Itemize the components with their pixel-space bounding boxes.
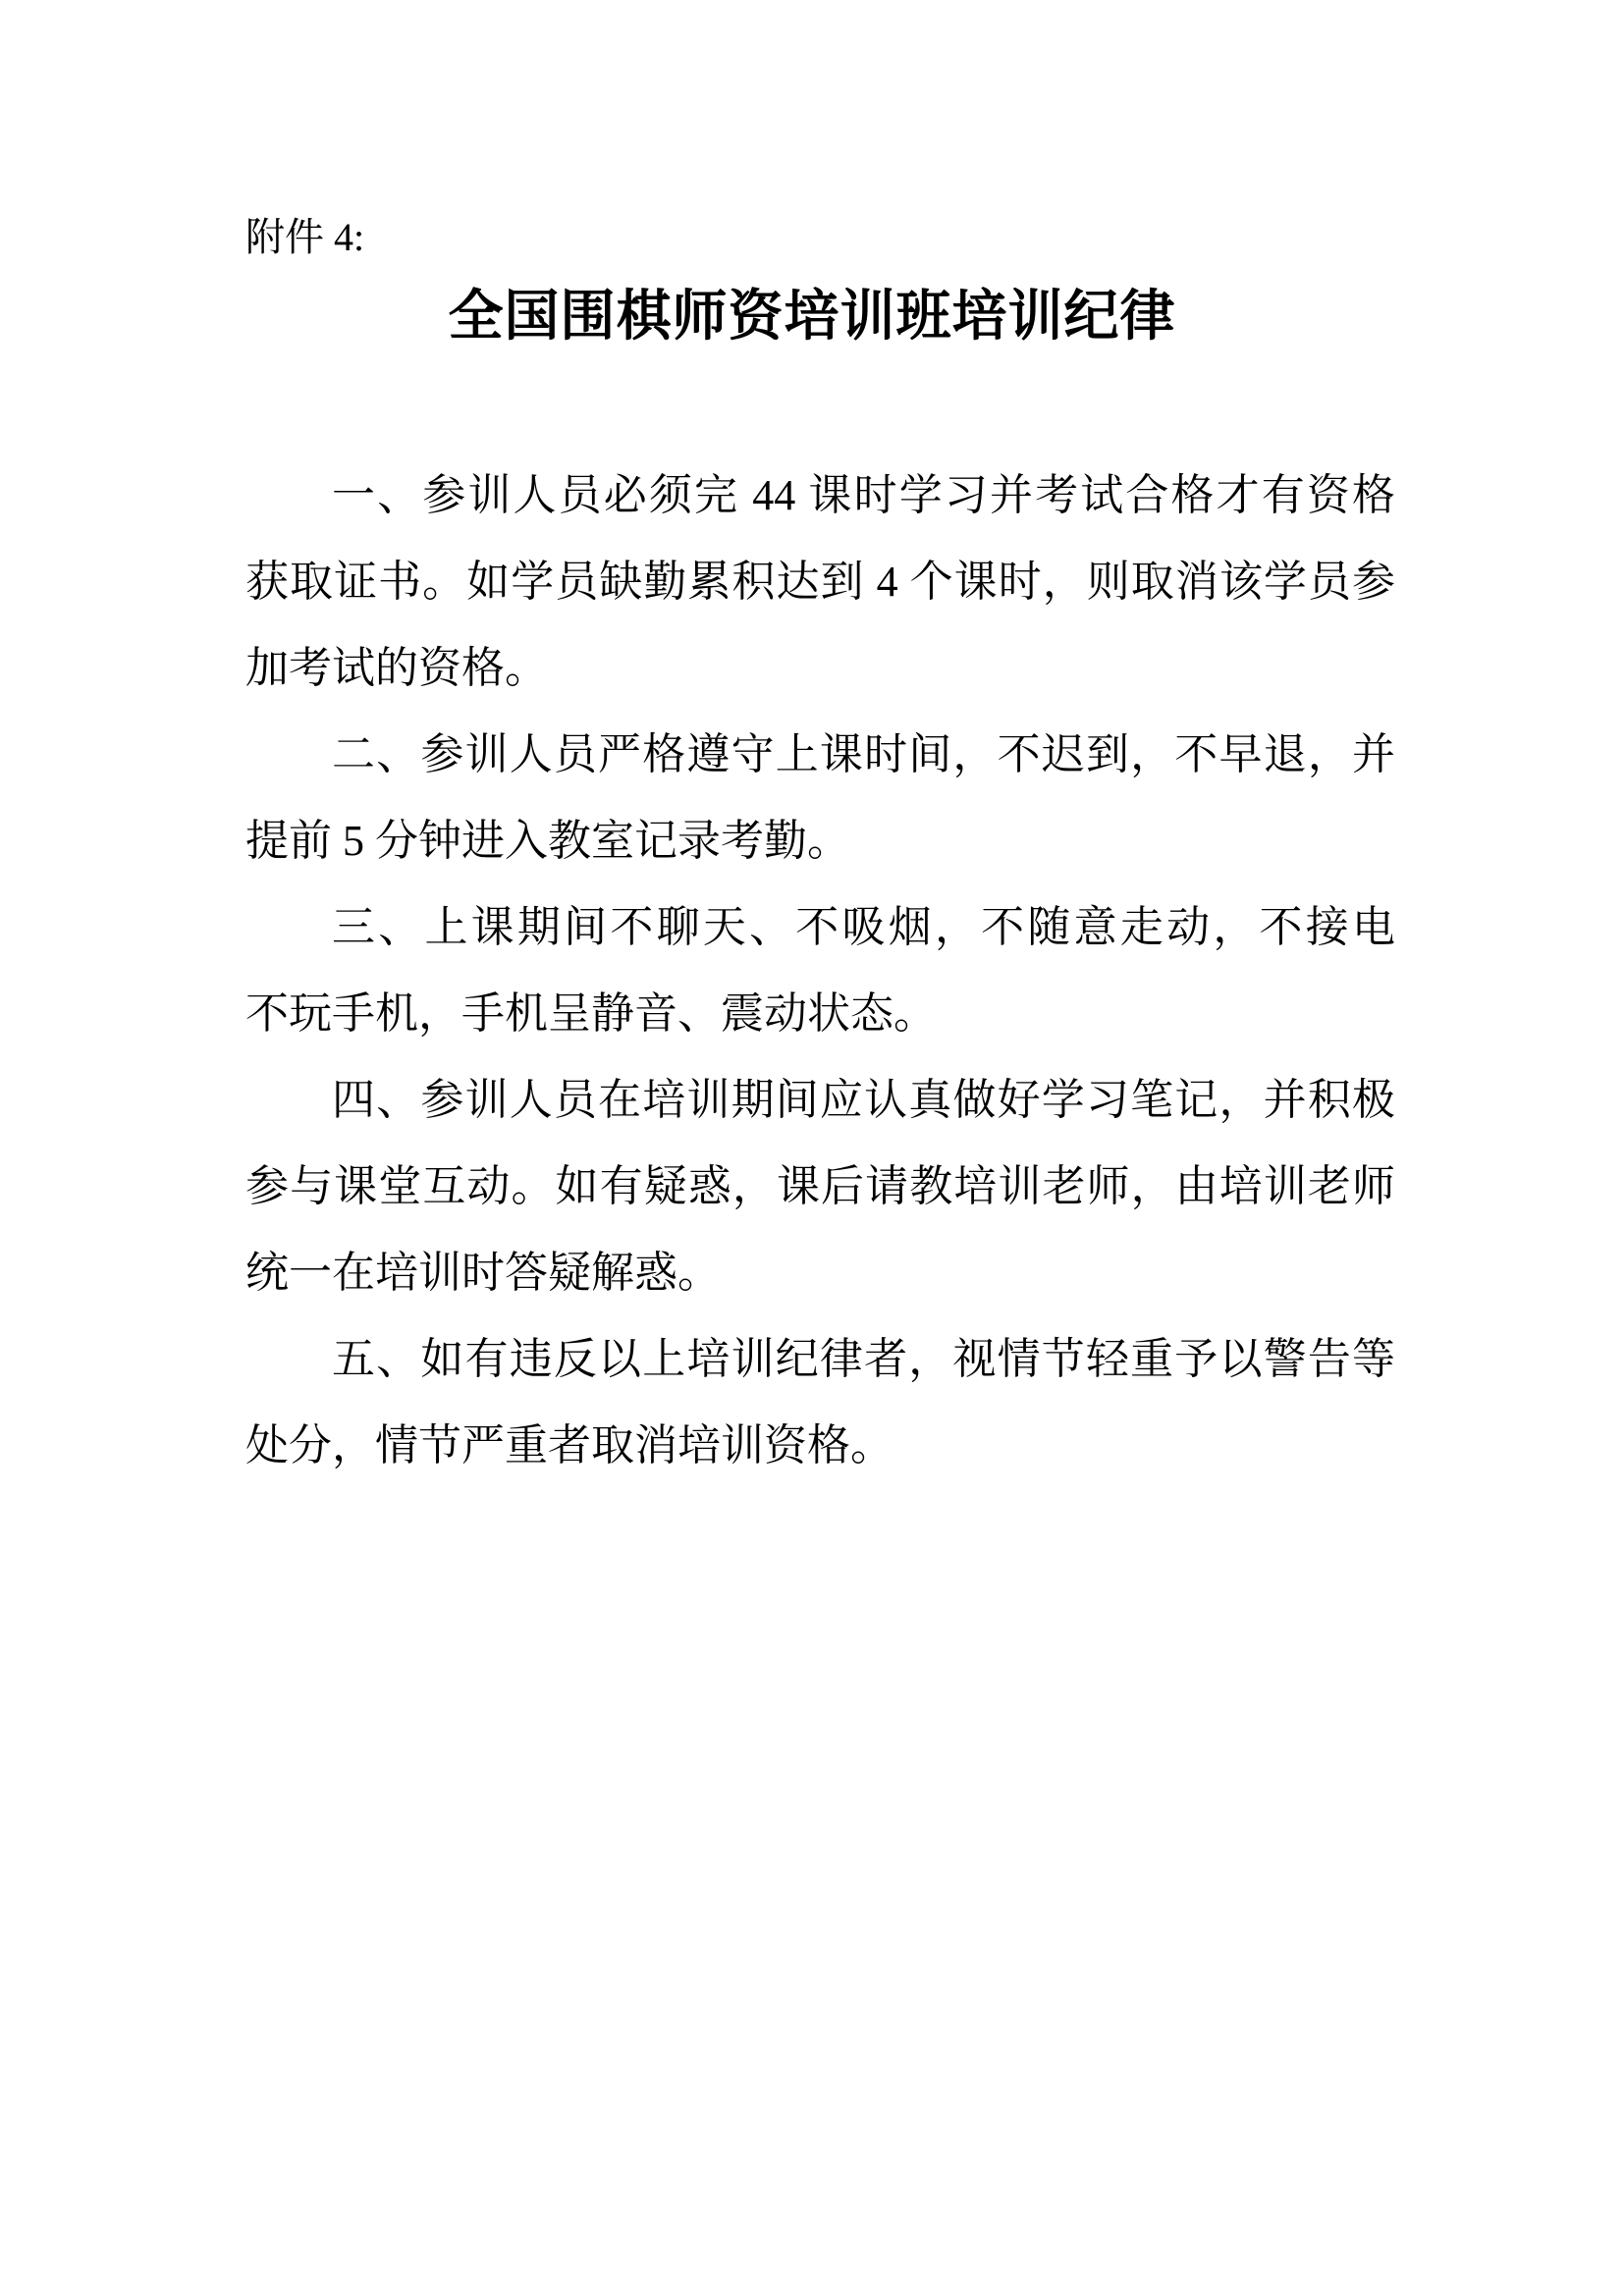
document-title: 全国围棋师资培训班培训纪律	[0, 286, 1624, 348]
text-line: 四、参训人员在培训期间应认真做好学习笔记，并积极	[245, 1057, 1395, 1144]
document-page: 附件 4: 全国围棋师资培训班培训纪律 一、参训人员必须完 44 课时学习并考试…	[0, 0, 1624, 2296]
text-line: 处分，情节严重者取消培训资格。	[245, 1403, 1395, 1489]
text-line: 参与课堂互动。如有疑惑，课后请教培训老师，由培训老师	[245, 1144, 1395, 1230]
text-line: 统一在培训时答疑解惑。	[245, 1230, 1395, 1316]
text-line: 提前 5 分钟进入教室记录考勤。	[245, 798, 1395, 884]
text-line: 一、参训人员必须完 44 课时学习并考试合格才有资格	[245, 453, 1395, 539]
text-line: 加考试的资格。	[245, 625, 1395, 712]
text-line: 获取证书。如学员缺勤累积达到 4 个课时，则取消该学员参	[245, 539, 1395, 625]
text-line: 三、上课期间不聊天、不吸烟，不随意走动，不接电话，	[245, 884, 1395, 971]
text-line: 不玩手机，手机呈静音、震动状态。	[245, 971, 1395, 1057]
text-line: 五、如有违反以上培训纪律者，视情节轻重予以警告等	[245, 1316, 1395, 1403]
attachment-label: 附件 4:	[245, 216, 364, 259]
text-line: 二、参训人员严格遵守上课时间，不迟到，不早退，并	[245, 712, 1395, 798]
document-body: 一、参训人员必须完 44 课时学习并考试合格才有资格 获取证书。如学员缺勤累积达…	[245, 453, 1395, 1489]
